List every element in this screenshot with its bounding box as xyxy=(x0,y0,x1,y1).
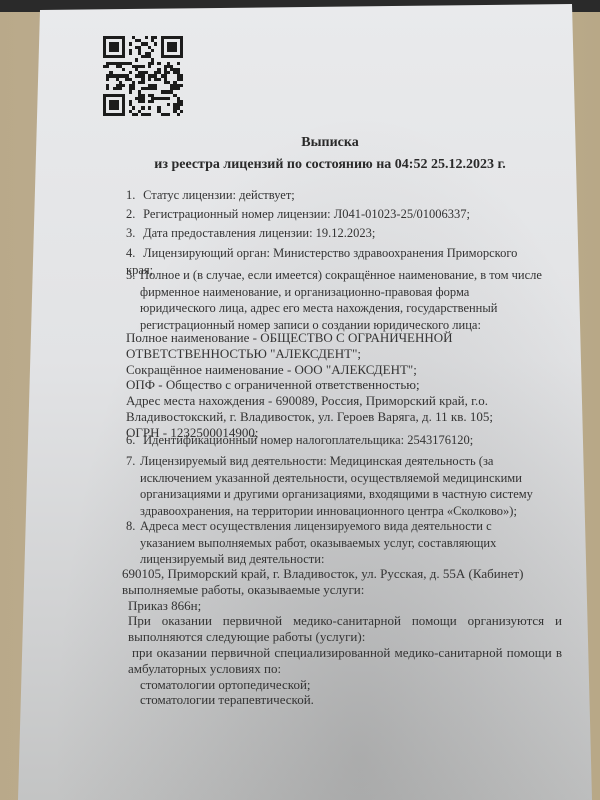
item-number: 3. xyxy=(126,225,140,242)
item-activity-type: 7. Лицензируемый вид деятельности: Медиц… xyxy=(126,453,546,519)
entity-details: Полное наименование - ОБЩЕСТВО С ОГРАНИЧ… xyxy=(126,330,556,441)
entity-full-name: Полное наименование - ОБЩЕСТВО С ОГРАНИЧ… xyxy=(126,330,556,362)
primary-care-text: При оказании первичной медико-санитарной… xyxy=(122,613,562,645)
location-address: 690105, Приморский край, г. Владивосток,… xyxy=(122,566,562,582)
service-item: стоматологии ортопедической; xyxy=(122,677,562,693)
item-inn: 6. Идентификационный номер налогоплатель… xyxy=(126,432,546,449)
item-registration-number: 2. Регистрационный номер лицензии: Л041-… xyxy=(126,206,546,223)
item-number: 4. xyxy=(126,245,140,262)
item-text: Полное и (в случае, если имеется) сокращ… xyxy=(140,267,546,333)
works-label: выполняемые работы, оказываемые услуги: xyxy=(122,582,562,598)
item-number: 7. xyxy=(126,453,140,519)
item-license-date: 3. Дата предоставления лицензии: 19.12.2… xyxy=(126,225,546,242)
item-number: 2. xyxy=(126,206,140,223)
item-text: Дата предоставления лицензии: 19.12.2023… xyxy=(143,226,375,240)
item-text: Адреса мест осуществления лицензируемого… xyxy=(140,518,546,568)
item-text: Лицензируемый вид деятельности: Медицинс… xyxy=(140,453,546,519)
item-text: Идентификационный номер налогоплательщик… xyxy=(143,433,473,447)
item-number: 5. xyxy=(126,267,140,333)
specialized-care-text: при оказании первичной специализированно… xyxy=(122,645,562,677)
item-activity-addresses: 8. Адреса мест осуществления лицензируем… xyxy=(126,518,546,568)
item-text: Статус лицензии: действует; xyxy=(143,188,295,202)
entity-short-name: Сокращённое наименование - ООО "АЛЕКСДЕН… xyxy=(126,362,556,378)
item-number: 8. xyxy=(126,518,140,568)
entity-address: Адрес места нахождения - 690089, Россия,… xyxy=(126,393,556,425)
order-reference: Приказ 866н; xyxy=(122,598,562,614)
entity-opf: ОПФ - Общество с ограниченной ответствен… xyxy=(126,377,556,393)
item-entity-name: 5. Полное и (в случае, если имеется) сок… xyxy=(126,267,546,333)
document-subtitle: из реестра лицензий по состоянию на 04:5… xyxy=(0,157,600,173)
service-item: стоматологии терапевтической. xyxy=(122,692,562,708)
item-license-status: 1. Статус лицензии: действует; xyxy=(126,187,546,204)
qr-code-icon xyxy=(103,36,183,116)
item-number: 6. xyxy=(126,432,140,449)
activity-location: 690105, Приморский край, г. Владивосток,… xyxy=(122,566,562,708)
document-title: Выписка xyxy=(0,135,600,151)
item-number: 1. xyxy=(126,187,140,204)
item-text: Регистрационный номер лицензии: Л041-010… xyxy=(143,207,470,221)
